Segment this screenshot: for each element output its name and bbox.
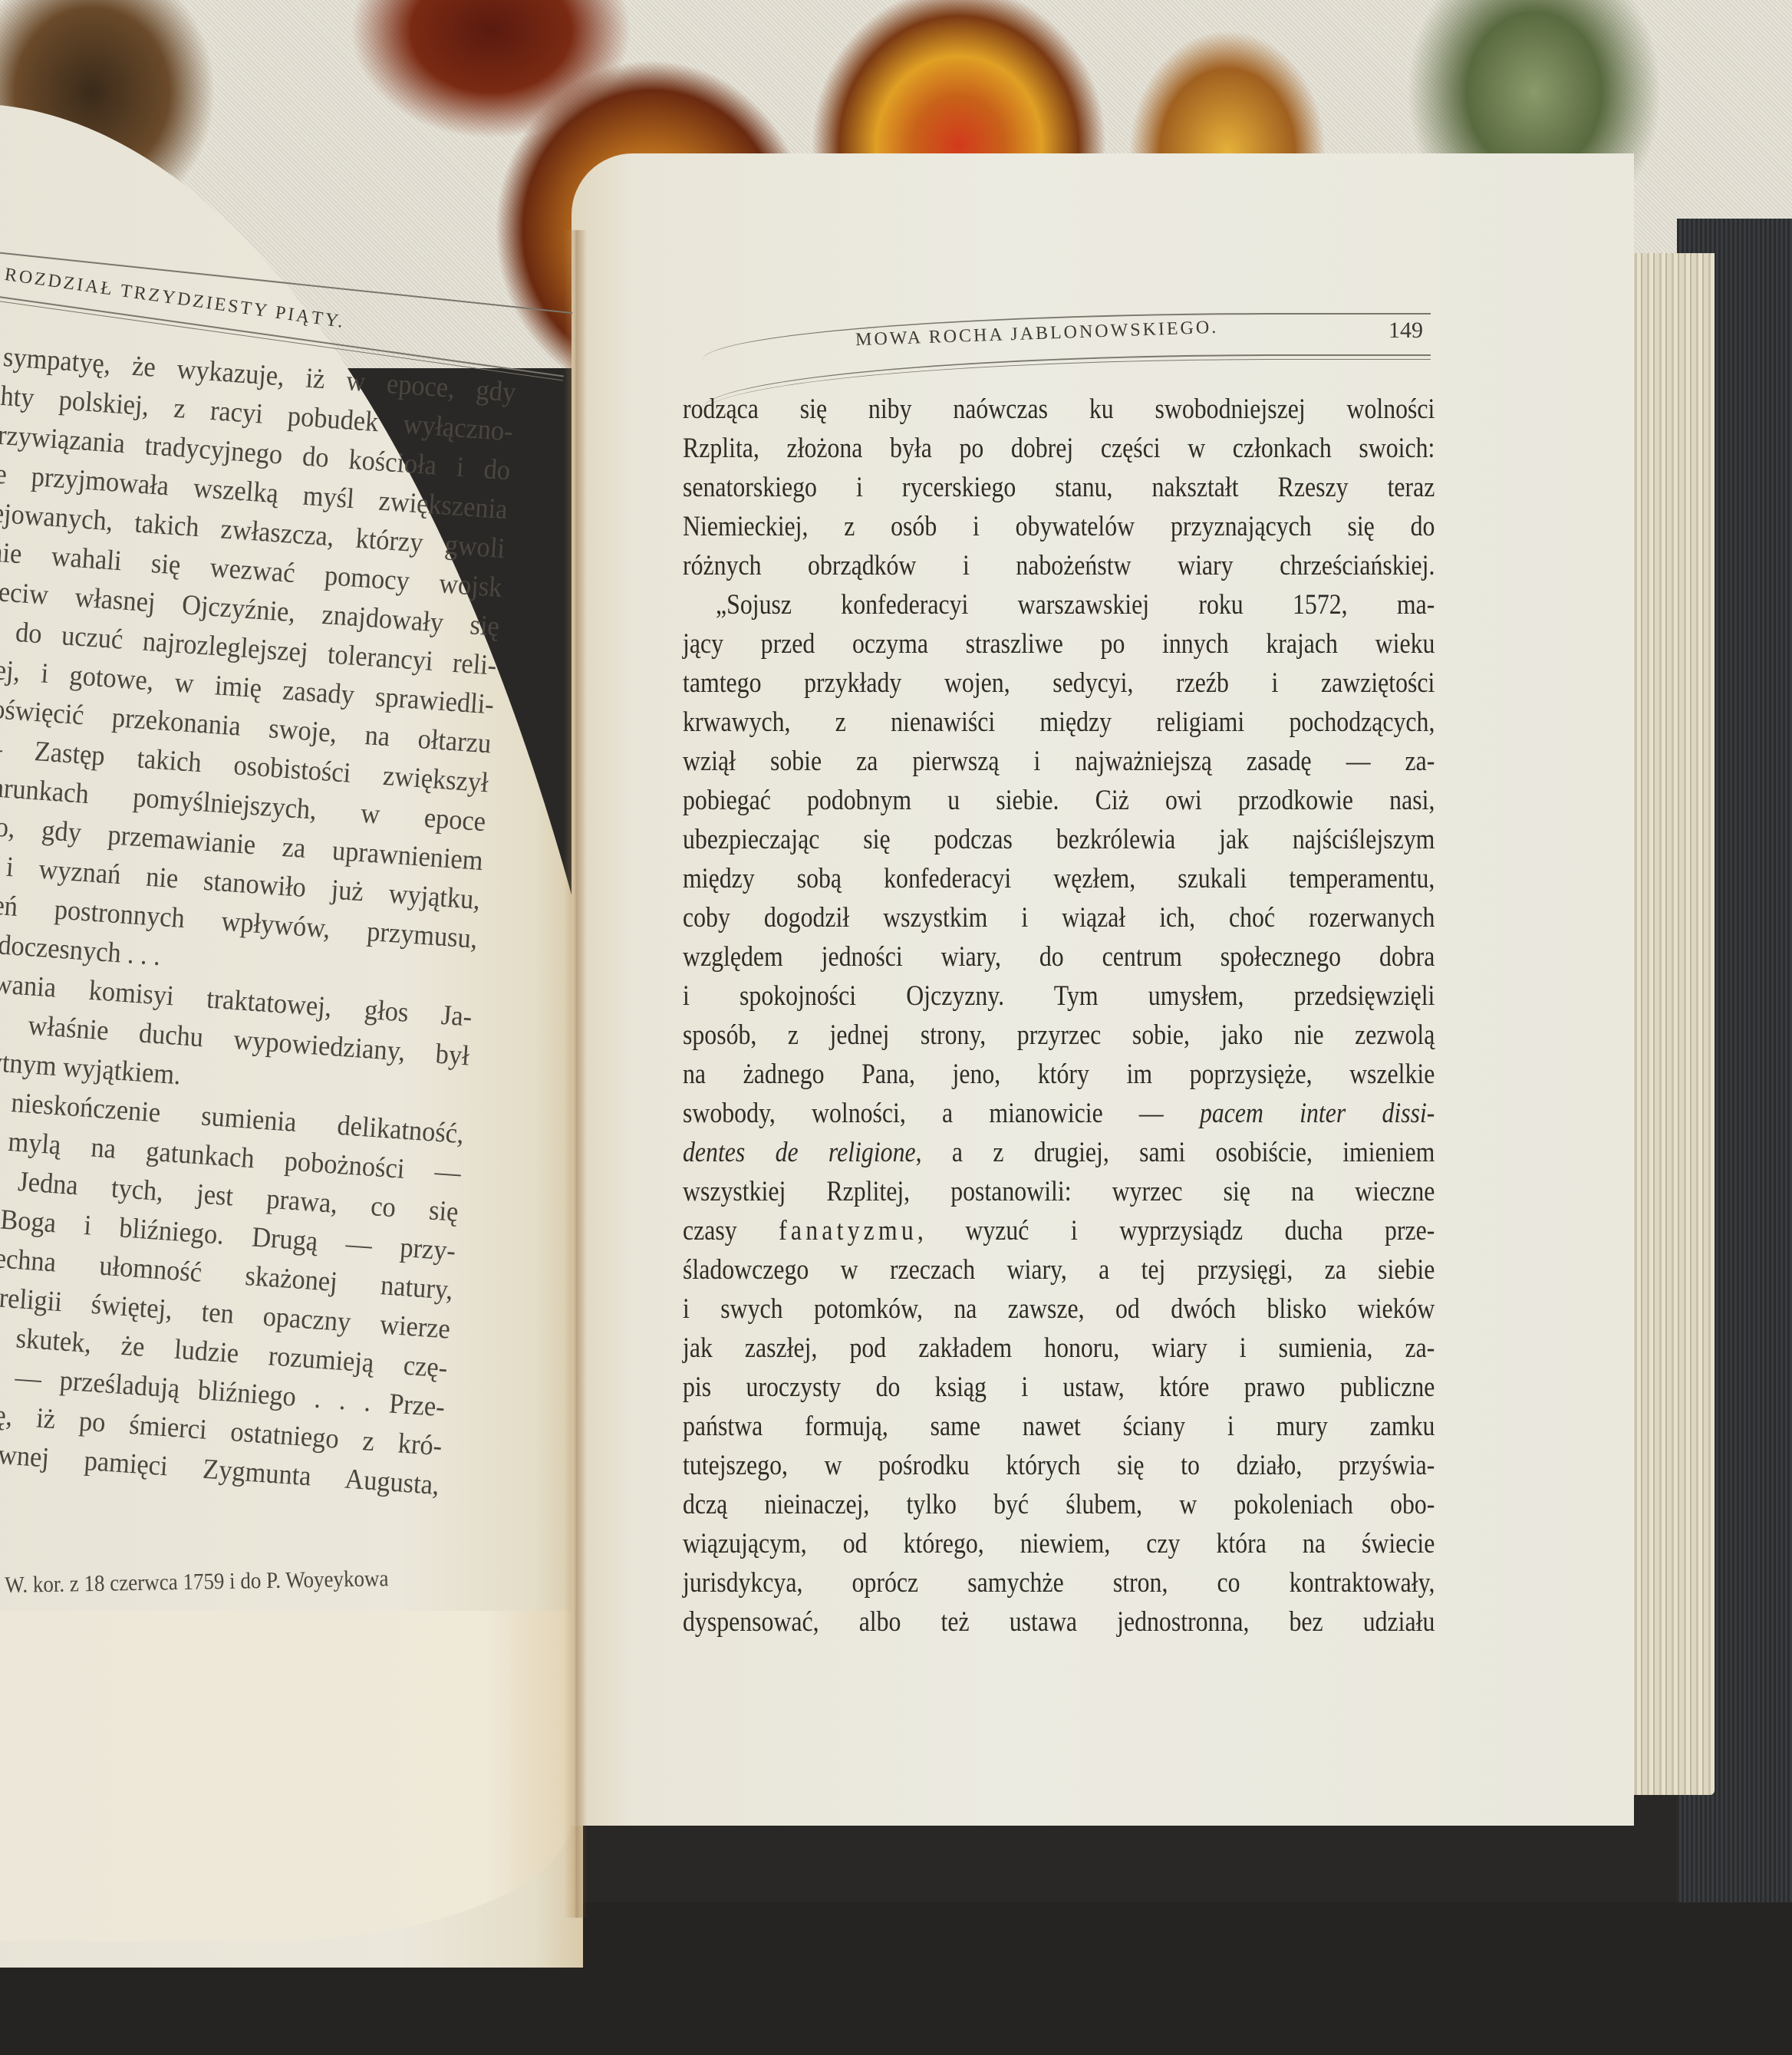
text-line: tutejszego, w pośrodku których się to dz… xyxy=(683,1446,1435,1485)
text-line: jący przed oczyma straszliwe po innych k… xyxy=(683,624,1435,664)
text-line: jurisdykcya, oprócz samychże stron, co k… xyxy=(683,1563,1435,1602)
text-line: jak zaszłej, pod zakładem honoru, wiary … xyxy=(683,1329,1435,1368)
left-page-body: sympatyę, że wykazuje, iż w epoce, gdyht… xyxy=(5,338,557,1472)
text-line: swobody, wolności, a mianowicie — pacem … xyxy=(683,1094,1435,1133)
text-line: wszystkiej Rzplitej, postanowili: wyrzec… xyxy=(683,1172,1435,1211)
text-line: i spokojności Ojczyzny. Tym umysłem, prz… xyxy=(683,976,1435,1016)
text-line: wziął sobie za pierwszą i najważniejszą … xyxy=(683,742,1435,781)
page-number: 149 xyxy=(1388,318,1423,344)
text-line: sposób, z jednej strony, przyrzec sobie,… xyxy=(683,1016,1435,1055)
book-gutter xyxy=(564,230,587,1918)
text-line: dyspensować, albo też ustawa jednostronn… xyxy=(683,1602,1435,1642)
left-page-lower xyxy=(0,1611,572,1941)
text-line: czasy fanatyzmu, wyzuć i wyprzysiądz duc… xyxy=(683,1211,1435,1250)
text-line: krwawych, z nienawiści między religiami … xyxy=(683,703,1435,742)
right-page-body: rodząca się niby naówczas ku swobodniejs… xyxy=(683,390,1435,1642)
text-line: Niemieckiej, z osób i obywatelów przyzna… xyxy=(683,507,1435,546)
text-line: coby dogodził wszystkim i wiązał ich, ch… xyxy=(683,898,1435,937)
text-line: ubezpieczając się podczas bezkrólewia ja… xyxy=(683,820,1435,859)
text-line: śladowczego w rzeczach wiary, a tej przy… xyxy=(683,1250,1435,1289)
text-line: dczą nieinaczej, tylko być ślubem, w pok… xyxy=(683,1485,1435,1524)
text-line: między sobą konfederacyi węzłem, szukali… xyxy=(683,859,1435,898)
text-line: względem jedności wiary, do centrum społ… xyxy=(683,937,1435,976)
page-block-fore-edge xyxy=(1630,253,1715,1795)
text-line: pobiegać podobnym u siebie. Ciż owi przo… xyxy=(683,781,1435,820)
text-line: różnych obrządków i nabożeństw wiary chr… xyxy=(683,546,1435,585)
text-line: Rzplita, złożona była po dobrej części w… xyxy=(683,429,1435,468)
text-line: pis uroczysty do ksiąg i ustaw, które pr… xyxy=(683,1368,1435,1407)
text-line: na żadnego Pana, jeno, który im poprzysi… xyxy=(683,1055,1435,1094)
text-line: wiązującym, od którego, niewiem, czy któ… xyxy=(683,1524,1435,1563)
text-line: państwa formują, same nawet ściany i mur… xyxy=(683,1407,1435,1446)
text-line: tamtego przykłady wojen, sedycyi, rzeźb … xyxy=(683,664,1435,703)
text-line: senatorskiego i rycerskiego stanu, naksz… xyxy=(683,468,1435,507)
text-line: rodząca się niby naówczas ku swobodniejs… xyxy=(683,390,1435,429)
text-line: i swych potomków, na zawsze, od dwóch bl… xyxy=(683,1289,1435,1329)
text-line: dentes de religione, a z drugiej, sami o… xyxy=(683,1133,1435,1172)
text-line: „Sojusz konfederacyi warszawskiej roku 1… xyxy=(683,585,1435,624)
